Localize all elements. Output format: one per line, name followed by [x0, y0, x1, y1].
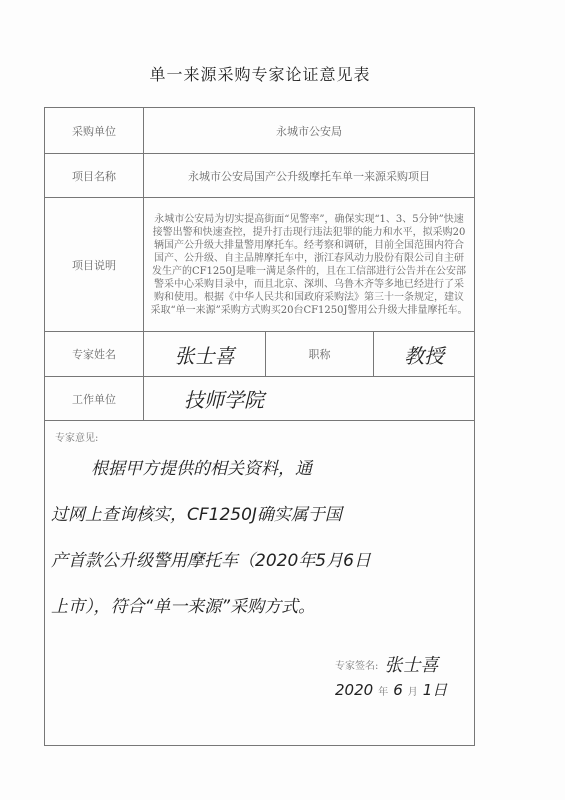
project-desc-label: 项目说明: [45, 198, 144, 331]
signature-row: 专家签名: 张士喜: [335, 651, 438, 677]
opinion-line: 过网上查询核实，CF1250J确实属于国: [51, 492, 461, 538]
opinion-line: 产首款公升级警用摩托车（2020年5月6日: [51, 538, 461, 584]
expert-signature: 张士喜: [384, 651, 438, 677]
date-month: 6: [393, 681, 403, 699]
expert-title-label: 职称: [266, 332, 374, 376]
date-month-unit: 月: [408, 683, 418, 698]
work-unit-value: 技师学院: [144, 377, 474, 420]
project-name-value: 永城市公安局国产公升级摩托车单一来源采购项目: [144, 154, 474, 197]
opinion-label: 专家意见:: [55, 429, 98, 444]
opinion-line: 上市），符合“单一来源”采购方式。: [51, 584, 461, 630]
date-year-unit: 年: [378, 683, 388, 698]
date-day: 1日: [423, 679, 448, 700]
work-unit-label: 工作单位: [45, 377, 144, 420]
row-expert: 专家姓名 张士喜 职称 教授: [45, 332, 474, 377]
expert-name-label: 专家姓名: [45, 332, 144, 376]
opinion-line: 根据甲方提供的相关资料，通: [51, 446, 461, 492]
purchaser-value: 永城市公安局: [144, 108, 474, 153]
project-name-label: 项目名称: [45, 154, 144, 197]
purchaser-label: 采购单位: [45, 108, 144, 153]
row-project-desc: 项目说明 永城市公安局为切实提高街面“见警率”，确保实现“1、3、5分钟”快速接…: [45, 198, 474, 332]
opinion-handwriting: 根据甲方提供的相关资料，通 过网上查询核实，CF1250J确实属于国 产首款公升…: [51, 446, 461, 630]
form-table: 采购单位 永城市公安局 项目名称 永城市公安局国产公升级摩托车单一来源采购项目 …: [44, 107, 475, 746]
date-row: 2020 年 6 月 1日: [335, 679, 447, 700]
row-purchaser: 采购单位 永城市公安局: [45, 108, 474, 154]
form-title: 单一来源采购专家论证意见表: [0, 62, 520, 85]
signature-label: 专家签名:: [335, 657, 378, 672]
expert-name-signature: 张士喜: [144, 332, 266, 376]
row-work-unit: 工作单位 技师学院: [45, 377, 474, 421]
expert-title-value: 教授: [374, 332, 474, 376]
project-desc-value: 永城市公安局为切实提高街面“见警率”，确保实现“1、3、5分钟”快速接警出警和快…: [144, 198, 474, 331]
row-project-name: 项目名称 永城市公安局国产公升级摩托车单一来源采购项目: [45, 154, 474, 198]
date-year: 2020: [335, 681, 373, 699]
expert-opinion-box: 专家意见: 根据甲方提供的相关资料，通 过网上查询核实，CF1250J确实属于国…: [45, 421, 474, 745]
